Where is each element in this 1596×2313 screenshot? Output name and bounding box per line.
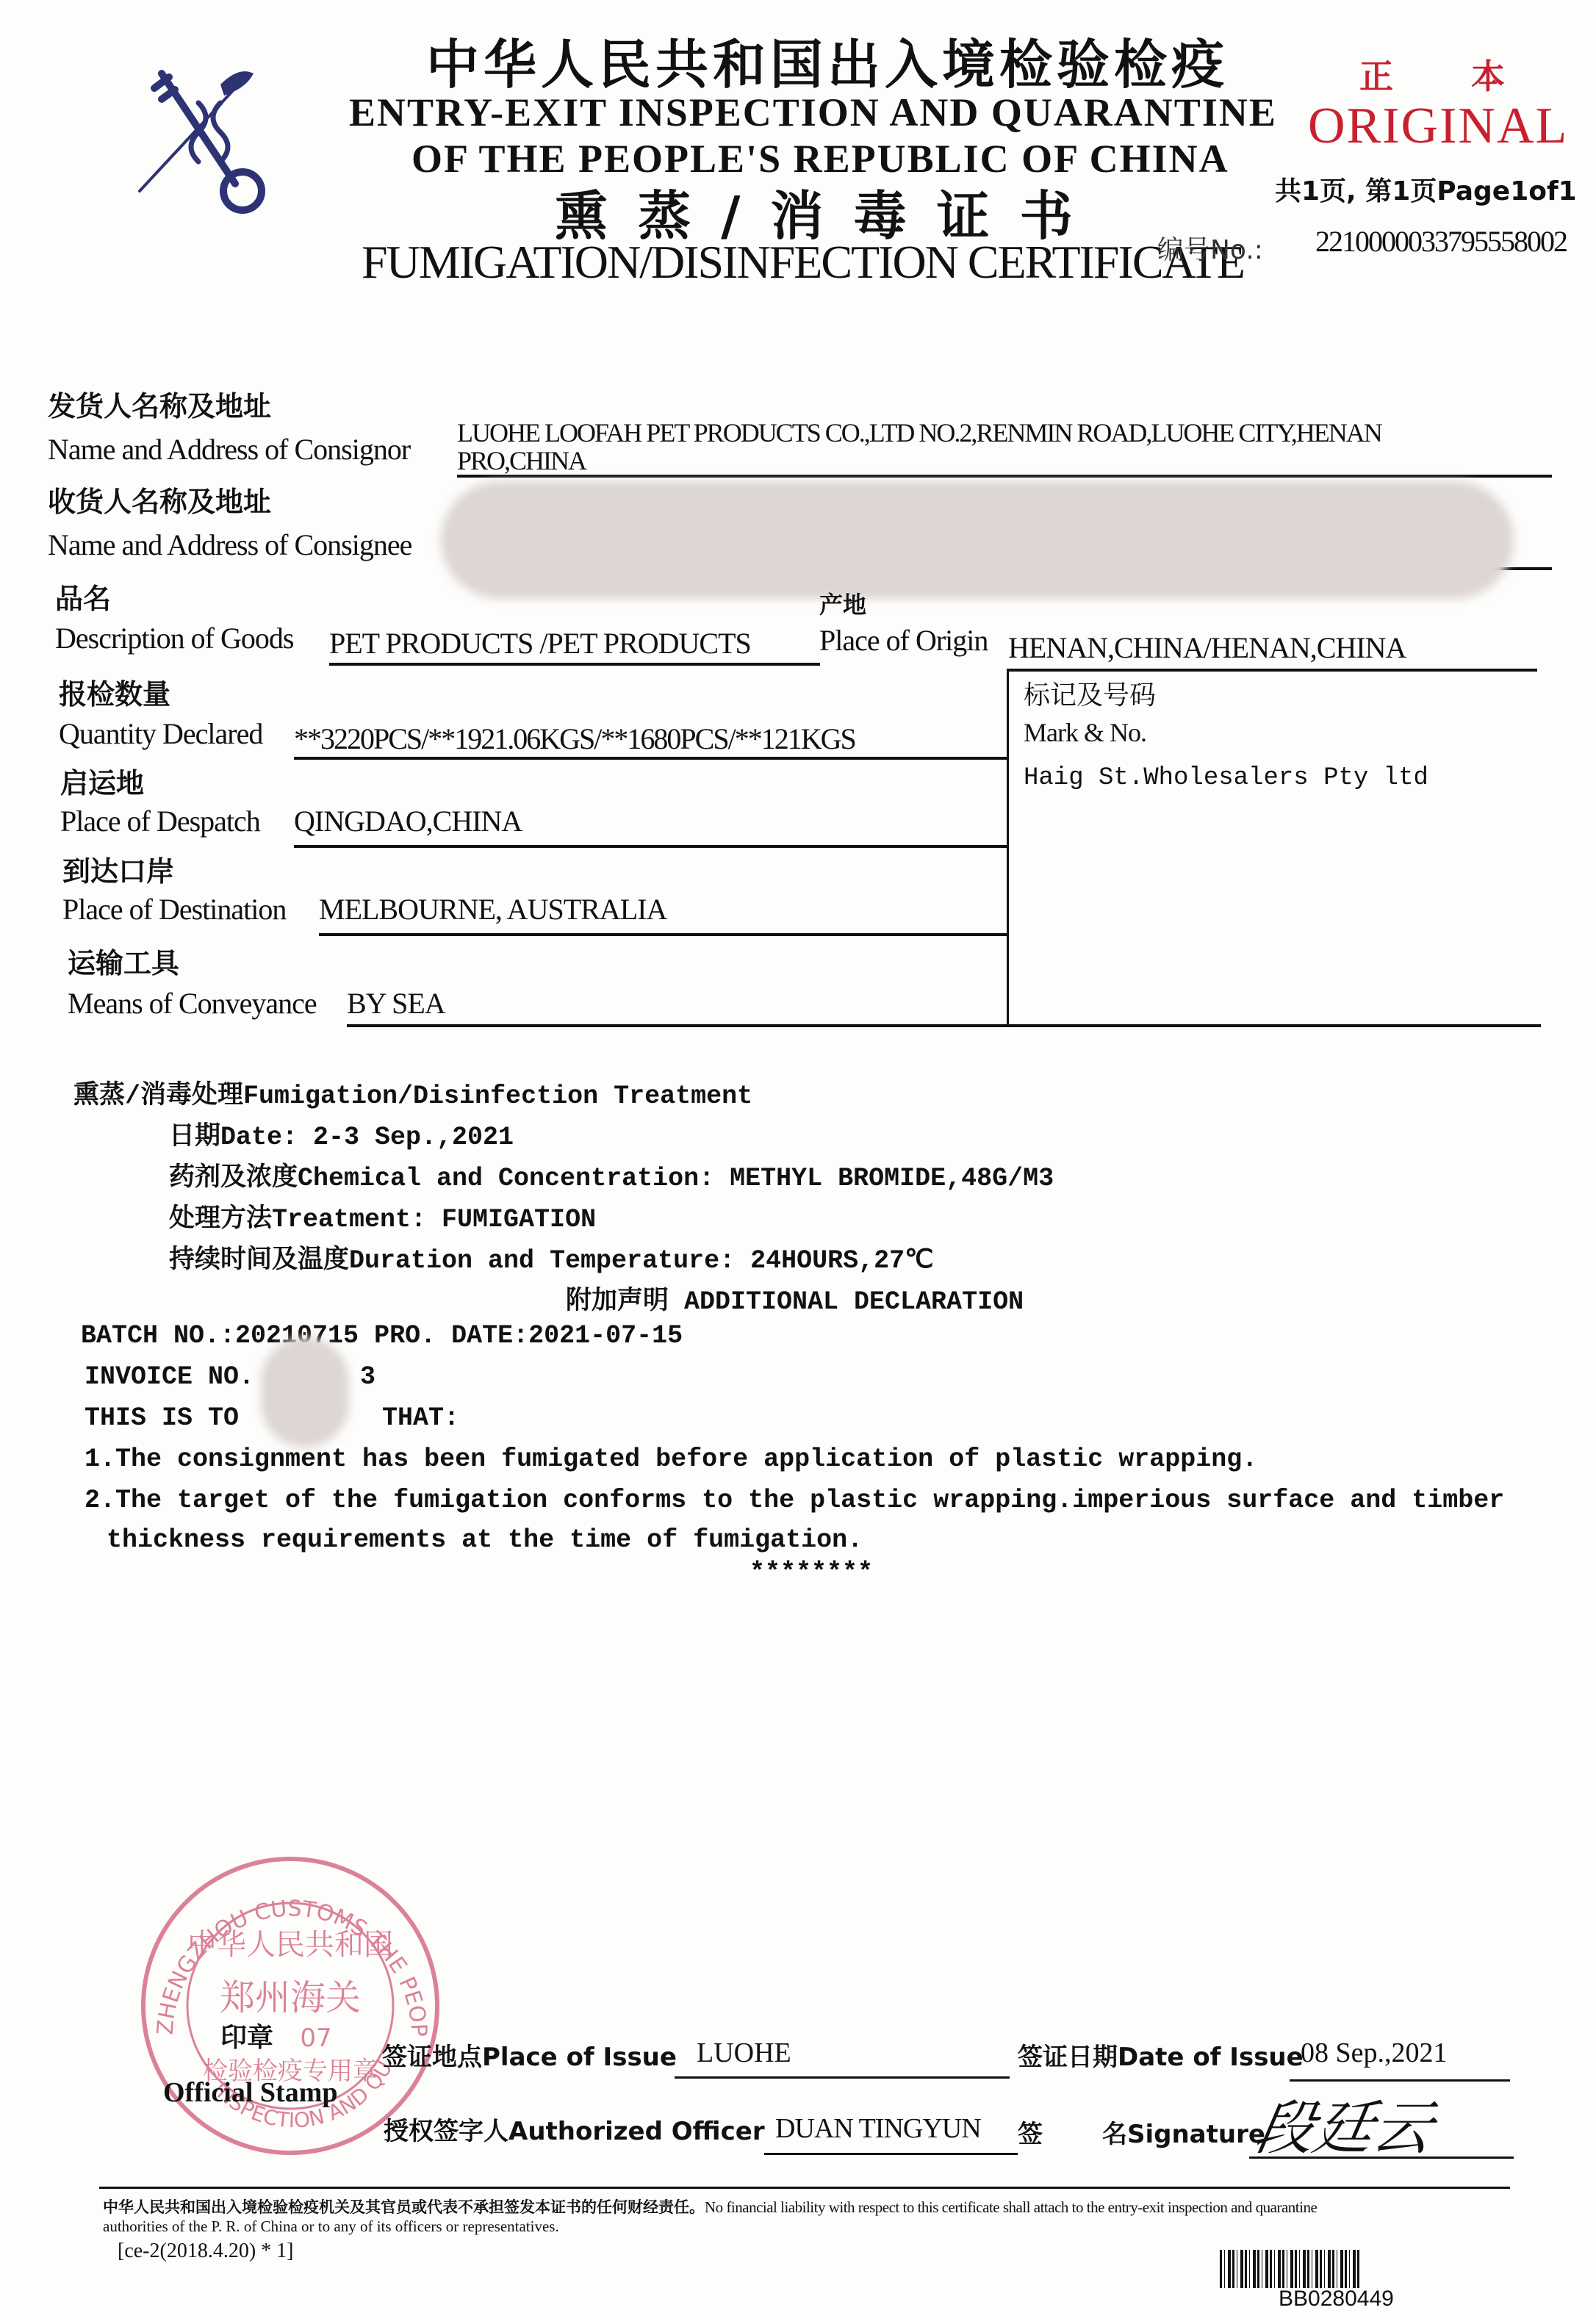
despatch-value: QINGDAO,CHINA (294, 804, 522, 838)
footer-disclaimer-line1: 中华人民共和国出入境检验检疫机关及其官员或代表不承担签发本证书的任何财经责任。N… (103, 2195, 1317, 2217)
footer-divider (99, 2187, 1510, 2189)
signature-label-b: 名Signature (1102, 2114, 1265, 2150)
despatch-label-cn: 启运地 (60, 760, 144, 801)
invoice-number-suffix: 3 (360, 1362, 375, 1392)
treatment-method: 处理方法Treatment: FUMIGATION (169, 1198, 596, 1234)
consignor-underline (457, 475, 1552, 478)
treatment-duration: 持续时间及温度Duration and Temperature: 24HOURS… (169, 1239, 933, 1276)
certify-text-end: THAT: (382, 1403, 459, 1433)
destination-value: MELBOURNE, AUSTRALIA (319, 892, 666, 927)
origin-underline (1008, 669, 1537, 672)
despatch-underline (294, 845, 1008, 848)
original-label-cn: 正 本 (1359, 50, 1527, 98)
declaration-item-1: 1.The consignment has been fumigated bef… (85, 1445, 1257, 1474)
stamp-center-cn: 郑州海关 (220, 1977, 361, 2018)
conveyance-value: BY SEA (347, 986, 445, 1021)
consignee-label-cn: 收货人名称及地址 (48, 479, 271, 519)
consignee-redaction (441, 481, 1514, 599)
treatment-heading: 熏蒸/消毒处理Fumigation/Disinfection Treatment (73, 1074, 752, 1111)
conveyance-label-cn: 运输工具 (68, 940, 179, 981)
handwritten-signature: 段廷云 (1249, 2081, 1440, 2165)
certify-text-start: THIS IS TO (85, 1403, 239, 1433)
authorized-officer-value: DUAN TINGYUN (775, 2112, 981, 2145)
quantity-label-en: Quantity Declared (59, 716, 262, 751)
place-of-issue-underline (675, 2076, 1010, 2079)
goods-label-en: Description of Goods (55, 621, 293, 655)
batch-number: BATCH NO.:20210715 PRO. DATE:2021-07-15 (81, 1321, 683, 1350)
certificate-title-en: FUMIGATION/DISINFECTION CERTIFICATE (362, 235, 1244, 289)
consignor-value-line2: PRO,CHINA (457, 445, 586, 476)
signature-label-a: 签 (1018, 2114, 1043, 2150)
consignee-label-en: Name and Address of Consignee (48, 528, 411, 562)
footer-disclaimer-cn: 中华人民共和国出入境检验检疫机关及其官员或代表不承担签发本证书的任何财经责任。 (103, 2198, 705, 2216)
authorized-officer-label: 授权签字人Authorized Officer (384, 2111, 765, 2147)
origin-label-en: Place of Origin (819, 623, 988, 658)
origin-value: HENAN,CHINA/HENAN,CHINA (1008, 630, 1406, 665)
treatment-date: 日期Date: 2-3 Sep.,2021 (169, 1115, 514, 1152)
stamp-label-cn: 印章 (220, 2017, 273, 2054)
destination-label-en: Place of Destination (62, 892, 286, 927)
footer-disclaimer-en-2: authorities of the P. R. of China or to … (103, 2217, 559, 2236)
treatment-chemical: 药剂及浓度Chemical and Concentration: METHYL … (169, 1156, 1054, 1193)
marks-label-cn: 标记及号码 (1024, 675, 1156, 712)
footer-disclaimer-en-1: No financial liability with respect to t… (705, 2198, 1317, 2216)
destination-underline (319, 933, 1008, 936)
destination-label-cn: 到达口岸 (62, 849, 174, 889)
goods-underline (329, 663, 820, 666)
barcode-text: BB0280449 (1279, 2287, 1394, 2312)
quantity-value: **3220PCS/**1921.06KGS/**1680PCS/**121KG… (294, 722, 855, 756)
stamp-label-en: Official Stamp (163, 2076, 337, 2109)
goods-value: PET PRODUCTS /PET PRODUCTS (329, 626, 751, 661)
header-title-cn: 中华人民共和国出入境检验检疫 (426, 22, 1229, 98)
place-of-issue-value: LUOHE (697, 2037, 791, 2069)
conveyance-underline (347, 1024, 1541, 1027)
goods-label-cn: 品名 (55, 576, 111, 616)
certificate-number-label: 编号No.: (1157, 229, 1263, 267)
page-info: 共1页, 第1页Page1of1 (1275, 170, 1577, 208)
quantity-underline (294, 757, 1008, 760)
declaration-item-2b: thickness requirements at the time of fu… (107, 1525, 863, 1555)
logo-emblem (110, 59, 287, 220)
date-of-issue-label: 签证日期Date of Issue (1018, 2037, 1304, 2073)
authorized-officer-underline (764, 2153, 1018, 2155)
signature-underline (1249, 2156, 1514, 2159)
marks-value: Haig St.Wholesalers Pty ltd (1024, 764, 1428, 792)
declaration-end-mark: ******** (750, 1558, 873, 1587)
declaration-item-2a: 2.The target of the fumigation conforms … (85, 1486, 1504, 1515)
stamp-inner-cn: 中华人民共和国 (187, 1928, 393, 1962)
consignor-value-line1: LUOHE LOOFAH PET PRODUCTS CO.,LTD NO.2,R… (457, 417, 1381, 448)
quantity-label-cn: 报检数量 (59, 672, 170, 712)
conveyance-label-en: Means of Conveyance (68, 986, 317, 1021)
barcode (1220, 2250, 1359, 2288)
certificate-number: 2210000033795558002 (1315, 224, 1567, 259)
date-of-issue-value: 08 Sep.,2021 (1301, 2037, 1448, 2069)
marks-label-en: Mark & No. (1024, 717, 1146, 748)
header-title-en-1: ENTRY-EXIT INSPECTION AND QUARANTINE (349, 90, 1277, 135)
invoice-number-label: INVOICE NO. (85, 1362, 254, 1392)
consignor-label-cn: 发货人名称及地址 (48, 384, 271, 424)
consignor-label-en: Name and Address of Consignor (48, 432, 410, 467)
original-label-en: ORIGINAL (1308, 97, 1568, 156)
key-caduceus-emblem-icon (110, 59, 287, 220)
stamp-code: 07 (300, 2024, 331, 2053)
place-of-issue-label: 签证地点Place of Issue (382, 2037, 677, 2073)
origin-label-cn: 产地 (819, 586, 866, 620)
form-code: [ce-2(2018.4.20) * 1] (118, 2240, 293, 2263)
despatch-label-en: Place of Despatch (60, 804, 260, 838)
invoice-redaction (261, 1337, 349, 1447)
additional-declaration-heading: 附加声明 ADDITIONAL DECLARATION (566, 1280, 1024, 1317)
